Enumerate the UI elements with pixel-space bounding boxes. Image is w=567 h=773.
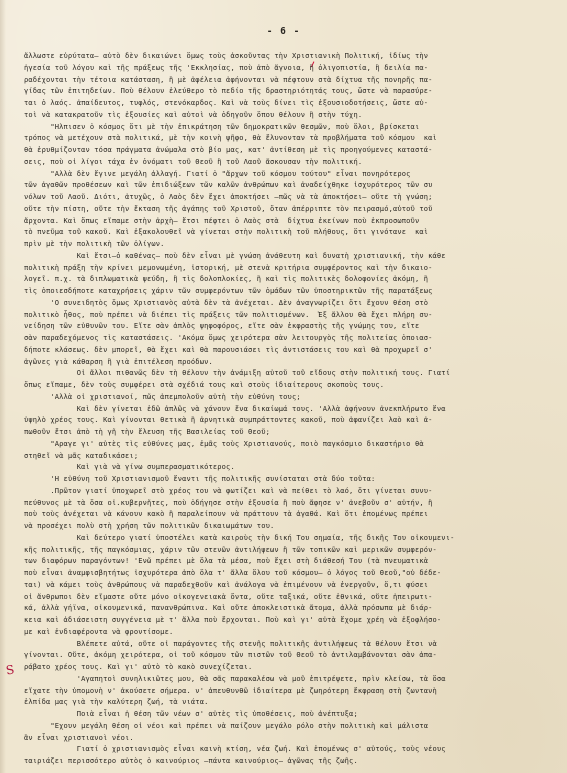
text-line: κῆς πολιτικῆς, τῆς παγκόσμιας, χάριν τῶν… <box>24 544 554 556</box>
text-line: νείδηση τῶν εὐθυνῶν του. Εἴτε σὰν ἁπλὸς … <box>24 320 554 332</box>
text-line: ἐλπίδα μας γιὰ τὴν καλύτερη ζωή, τὰ νιάτ… <box>24 696 554 708</box>
text-line: "Ηλπισεν ὁ κόσμος ὅτι μὲ τὴν ἐπικράτηση … <box>24 121 554 133</box>
text-line: τοὶ νὰ κατακρατοῦν τὶς ἐξουσίες καὶ αὐτο… <box>24 109 554 121</box>
text-line: των διαφόρων παραγόντων! 'Ενῶ πρέπει μὲ … <box>24 555 554 567</box>
text-line: ράβατο χρέος τους. Καὶ γι' αὐτὸ τὸ κακὸ … <box>24 661 554 673</box>
text-line: εἴχατε τὴν ὑπομονὴ ν' ἀκούσετε σήμερα. ν… <box>24 685 554 697</box>
text-line: νὰ προσέχει πολὺ στὴ χρήση τῶν πολιτικῶν… <box>24 520 554 532</box>
text-line: λογεῖ. π.χ. τὰ διπλωματικὰ ψεύδη, ἢ τὶς … <box>24 273 554 285</box>
text-line: γίδας τῶν ἐπιτηδείων. Ποὺ θέλουν ἐλεύθερ… <box>24 85 554 97</box>
text-line: ἄρχοντα. Καὶ ὅπως εἴπαμε στὴν ἀρχὴ– ἔτσι… <box>24 215 554 227</box>
text-line: σεις, ποὺ οἱ λίγοι τάχα ἐν ὀνόματι τοῦ Θ… <box>24 156 554 168</box>
text-line: 'Αλλὰ οἱ χριστιανοί, πῶς ἀπεμπολοῦν αὐτὴ… <box>24 391 554 403</box>
text-line: 'Η εὐθύνη τοῦ Χριστιανισμοῦ ἔναντι τῆς π… <box>24 473 554 485</box>
text-line: ἄλλωστε εὐρύτατα– αὐτὸ δὲν δικαιώνει ὅμω… <box>24 50 554 62</box>
text-line: ποὺ εἶναι ἀναμφισβητήτως ἰσχυρότερα ἀπὸ … <box>24 567 554 579</box>
text-line: οὔτε τὴν πίστη, οὔτε τὴν ἔκταση τῆς ἀγάπ… <box>24 203 554 215</box>
text-line: σὰν παραδεχόμενος τὶς καταστάσεις. 'Ακόμ… <box>24 332 554 344</box>
text-line: Καὶ γιὰ νὰ γίνω συμπερασματικότερος. <box>24 461 554 473</box>
text-line: Καὶ δεύτερο γιατί ὑποστέλει κατὰ καιροὺς… <box>24 532 554 544</box>
text-line: ἀγῶνες γιὰ κάθαρση ἢ γιὰ ἐπιτέλεση προόδ… <box>24 356 554 368</box>
text-line: ται) νὰ κάμει τοὺς ἀνθρώπους νὰ παραδεχθ… <box>24 579 554 591</box>
text-line: τὸ πνεῦμα τοῦ κακοῦ. Καὶ ἐξακολουθεῖ νὰ … <box>24 226 554 238</box>
text-line: "Εχουν μεγάλη θέση οἱ νέοι καὶ πρέπει νὰ… <box>24 720 554 732</box>
text-line: οἱ ἄνθρωποι δὲν εἴμαστε οὔτε μόνο οἰκογε… <box>24 591 554 603</box>
text-line: Οἱ ἄλλοι πιθανῶς δὲν τὴ θέλουν τὴν ἀνάμι… <box>24 367 554 379</box>
page-number: - 6 - <box>0 26 567 37</box>
paper-edge-shadow <box>0 0 6 773</box>
text-line: κεια καὶ ἀδιάσειστη συγγένεια μὲ τ' ἄλλα… <box>24 614 554 626</box>
text-line: Βλέπετε αὐτά, οὔτε οἱ παράγοντες τῆς στε… <box>24 638 554 650</box>
text-line: ποὺ τοὺς ἀνέχεται νὰ κάνουν κακὸ ἢ παραλ… <box>24 508 554 520</box>
text-line: ραδέχονται τὴν τέτοια κατάσταση, ἢ μὲ ἀφ… <box>24 74 554 86</box>
text-line: πολιτικὴ πράξη τὴν κρίνει μεμονωμένη, ἱσ… <box>24 262 554 274</box>
text-line: πωθοῦν ἔτσι ἀπὸ τὴ γῆ τὴν ἔλευση τῆς Βασ… <box>24 426 554 438</box>
text-line: τὶς ὁποιεσδήποτε καταχρήσεις χάριν τῶν σ… <box>24 285 554 297</box>
text-line: πεύθυνος μὲ τὰ ὅσα οἱ.κυβερνῆτες, ποὺ ὁδ… <box>24 497 554 509</box>
document-page: - 6 - S ἄλλωστε εὐρύτατα– αὐτὸ δὲν δικαι… <box>0 0 567 773</box>
text-line: "Αλλὰ δὲν ἔγινε μεγάλη ἀλλαγή. Γιατί ὁ "… <box>24 168 554 180</box>
text-line: πρὶν μὲ τὴν πολιτικὴ τῶν ὀλίγων. <box>24 238 554 250</box>
text-line: νόλων τοῦ Λαοῦ. Διότι, ἀτυχῶς, ὁ Λαὸς δὲ… <box>24 191 554 203</box>
document-body: ἄλλωστε εὐρύτατα– αὐτὸ δὲν δικαιώνει ὅμω… <box>24 50 554 767</box>
text-line: Ποιὰ εἶναι ἡ θέση τῶν νέων σ' αὐτὲς τὶς … <box>24 708 554 720</box>
text-line: 'Ο συνειδητὸς ὅμως Χριστιανὸς αὐτὰ δὲν τ… <box>24 297 554 309</box>
text-line: ὑψηλὸ χρέος τους. Καὶ γίνονται θετικὰ ἢ … <box>24 414 554 426</box>
text-line: ἡγεσία τοῦ λόγου καὶ τῆς πράξεως τῆς 'Εκ… <box>24 62 554 74</box>
text-line: ται ὁ λαός. ἀπαίδευτος, τυφλός, στενόκαρ… <box>24 97 554 109</box>
text-line: πολιτικὸ ἦθος, ποὺ πρέπει νὰ διέπει τὶς … <box>24 309 554 321</box>
text-line: Γιατί ὁ χριστιανισμὸς εἶναι καινὴ κτίση,… <box>24 743 554 755</box>
text-line: θὰ ἐρυθμίζονταν τόσα πράγματα ἀνώμαλα στ… <box>24 144 554 156</box>
margin-annotation-mark: S <box>5 662 16 677</box>
text-line: ὅπως εἴπαμε, δὲν τοὺς συμφέρει στὰ σχέδι… <box>24 379 554 391</box>
text-line: ταιριάζει περισσότερο αὐτὸς ὁ καινούριος… <box>24 755 554 767</box>
text-line: "Αραγε γι' αὐτὲς τὶς εὐθύνες μας, ἐμᾶς τ… <box>24 438 554 450</box>
text-line: γίνονται. Οὔτε, ἀκόμη χειρότερα, οἱ τοῦ … <box>24 649 554 661</box>
text-line: Καὶ δὲν γίνεται ἐδῶ ἁπλῶς νὰ χάνουν ἕνα … <box>24 403 554 415</box>
text-line: κά, ἀλλὰ γήϊνα, οἰκουμενικά, πανανθρώπιν… <box>24 602 554 614</box>
text-line: .Πρῶτον γιατί ὑποχωρεῖ στὸ χρέος του νὰ … <box>24 485 554 497</box>
text-line: με καὶ ἐνδιαφέροντα νὰ φροντίσομε. <box>24 626 554 638</box>
text-line: ἂν εἶναι χριστιανοὶ νέοι. <box>24 732 554 744</box>
text-line: στηθεῖ νὰ μᾶς καταδικάσει; <box>24 450 554 462</box>
text-line: τῶν ἀγαθῶν προθέσεων καὶ τῶν ἐπιδιώξεων … <box>24 179 554 191</box>
text-line: Καὶ ἔτσι–ὁ καθένας– ποὺ δὲν εἶναι μὲ γνώ… <box>24 250 554 262</box>
text-line: 'Αγαπητοὶ συνηλικιῶτες μου, θὰ σᾶς παρακ… <box>24 673 554 685</box>
text-line: δήποτε κλάσεως. δὲν μπορεῖ, θὰ ἔχει καὶ … <box>24 344 554 356</box>
text-line: τρόπος νὰ μετέχουν στὰ πολιτικά, μὲ τὴν … <box>24 132 554 144</box>
